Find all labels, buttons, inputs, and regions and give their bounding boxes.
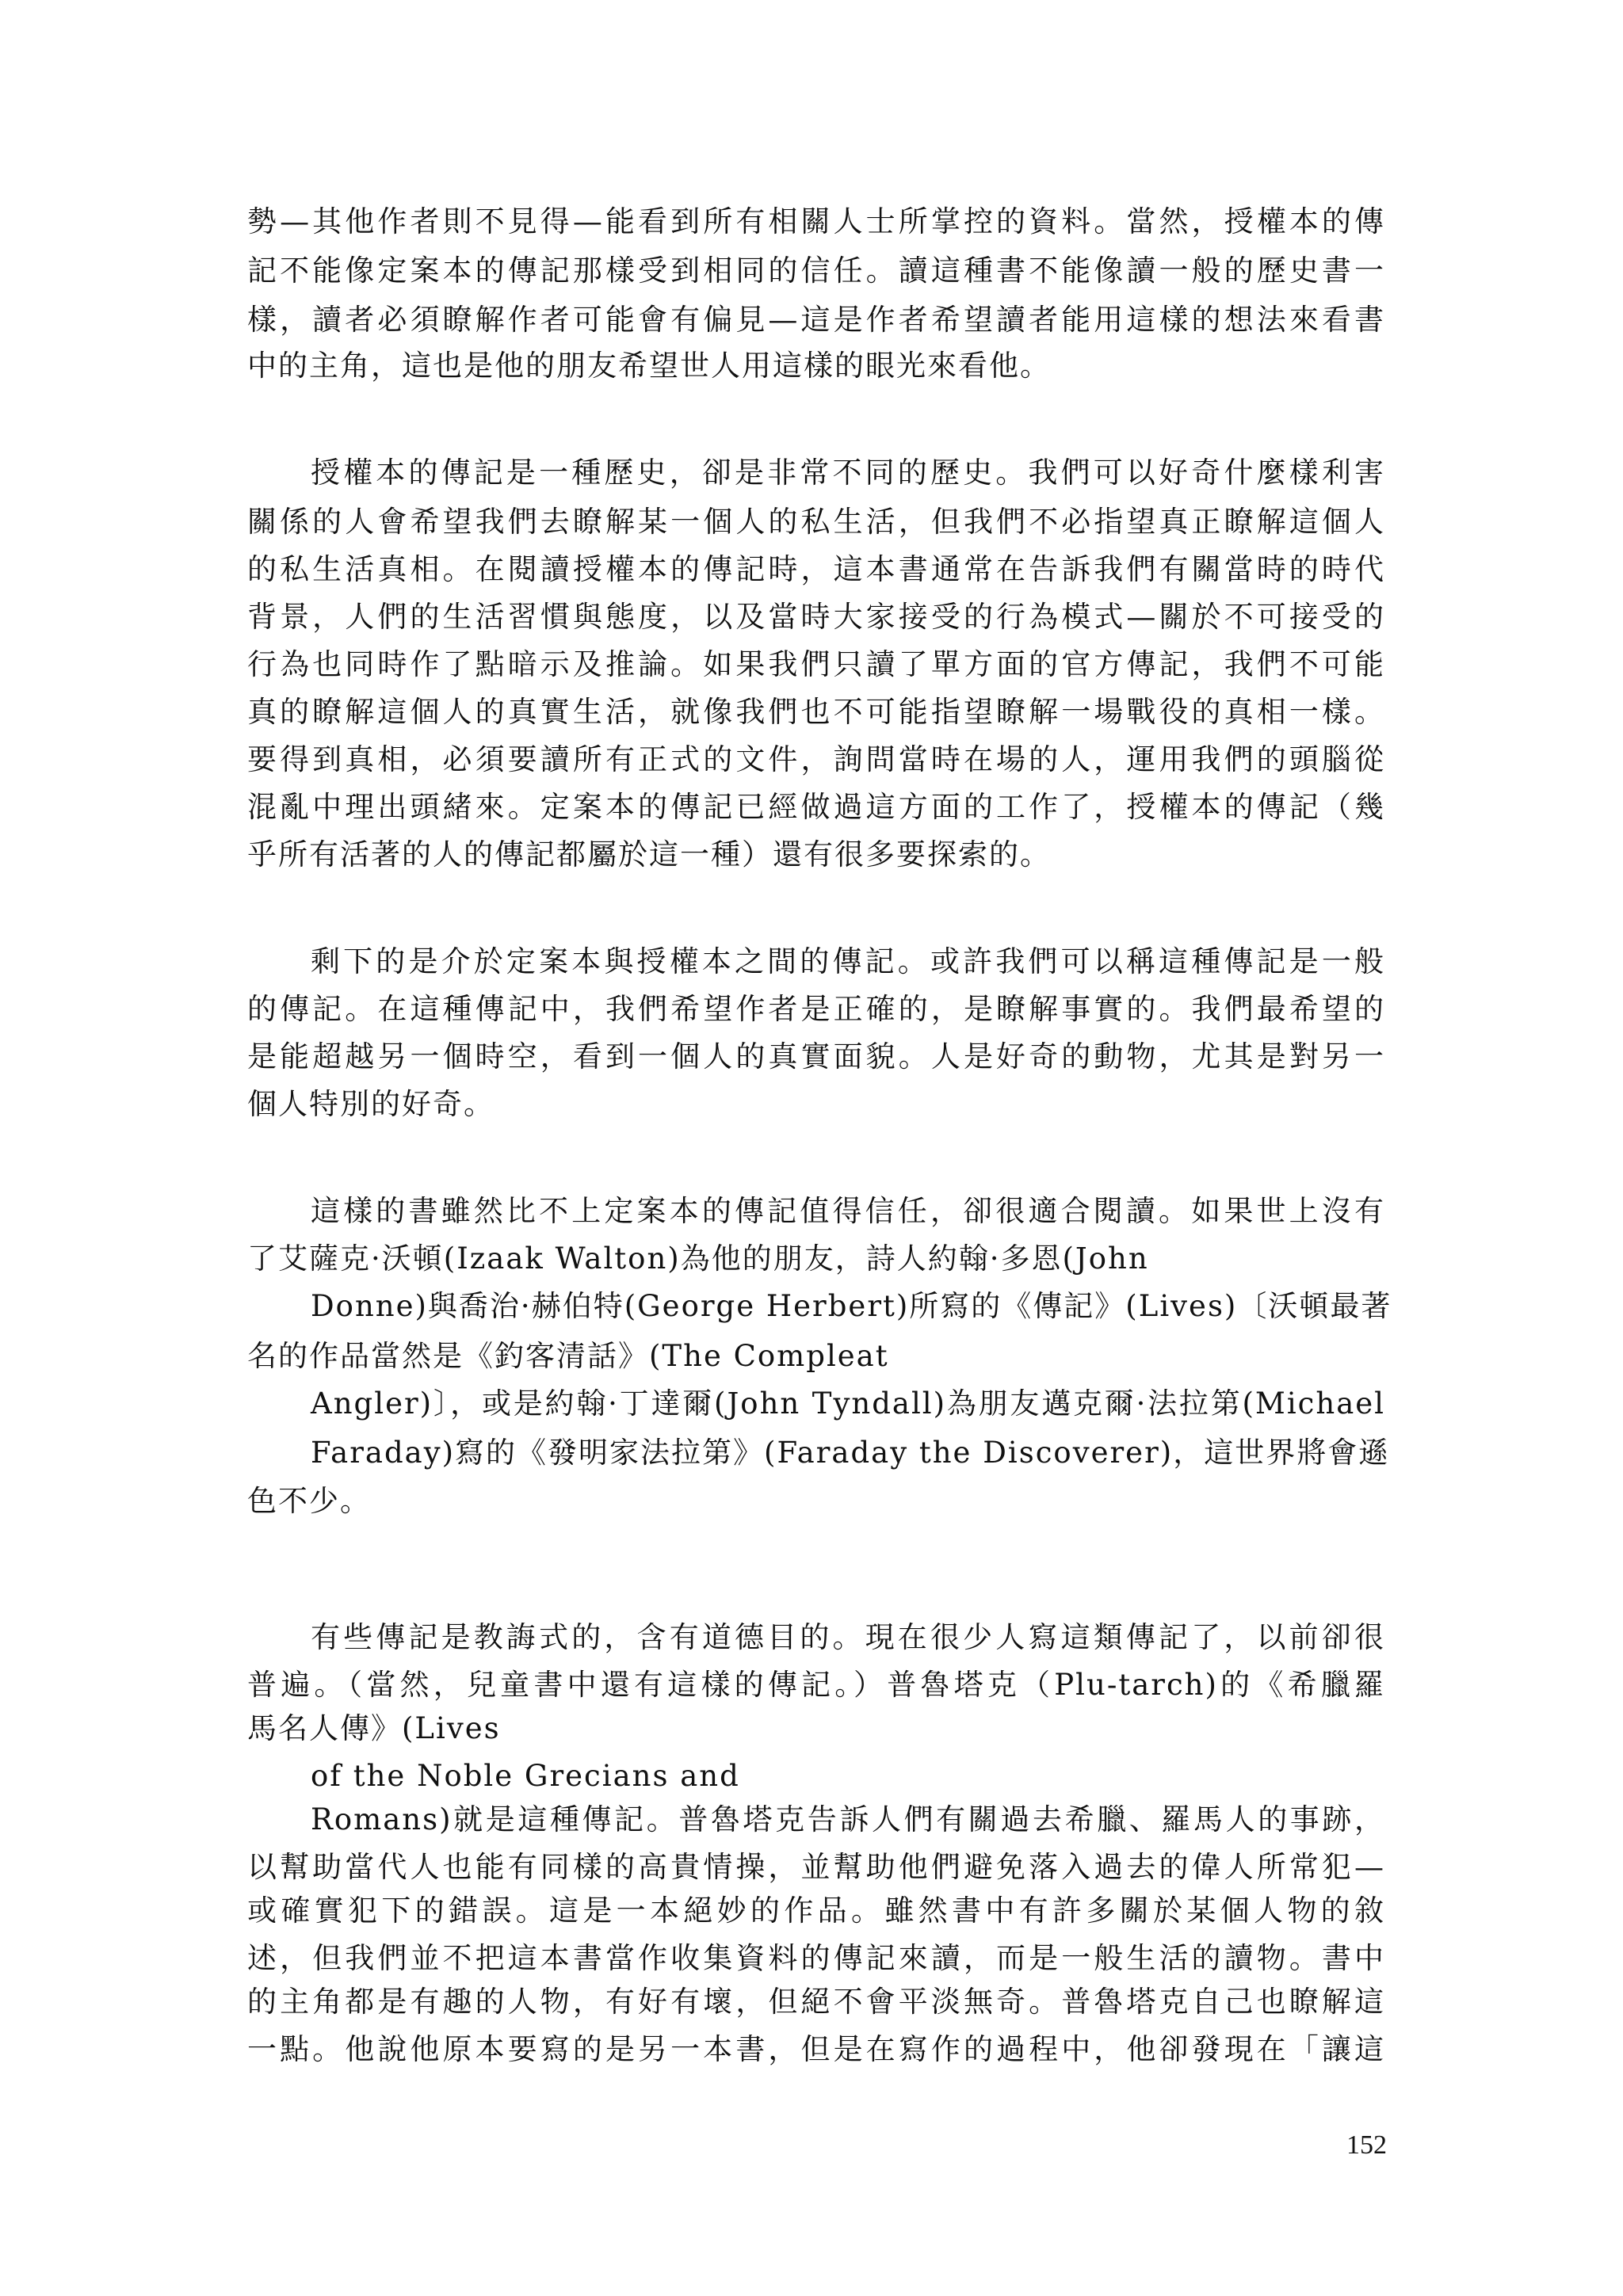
text-line: 混亂中理出頭緒來。定案本的傳記已經做過這方面的工作了，授權本的傳記（幾 (247, 790, 1385, 825)
text-line: 述，但我們並不把這本書當作收集資料的傳記來讀，而是一般生活的讀物。書中 (247, 1941, 1385, 1976)
text-line: 乎所有活著的人的傳記都屬於這一種）還有很多要探索的。 (247, 837, 1385, 872)
text-line: 關係的人會希望我們去瞭解某一個人的私生活，但我們不必指望真正瞭解這個人 (247, 505, 1385, 540)
text-line: 普遍。（當然，兒童書中還有這樣的傳記。）普魯塔克（Plu-tarch)的《希臘羅 (247, 1668, 1385, 1703)
text-line: 一點。他說他原本要寫的是另一本書，但是在寫作的過程中，他卻發現在「讓這 (247, 2032, 1385, 2067)
text-line: 行為也同時作了點暗示及推論。如果我們只讀了單方面的官方傳記，我們不可能 (247, 647, 1385, 682)
text-line: 是能超越另一個時空，看到一個人的真實面貌。人是好奇的動物，尤其是對另一 (247, 1039, 1385, 1074)
text-line: 真的瞭解這個人的真實生活，就像我們也不可能指望瞭解一場戰役的真相一樣。 (247, 695, 1385, 730)
text-line: 的傳記。在這種傳記中，我們希望作者是正確的，是瞭解事實的。我們最希望的 (247, 992, 1385, 1027)
text-line: 的私生活真相。在閱讀授權本的傳記時，這本書通常在告訴我們有關當時的時代 (247, 552, 1385, 587)
text-line: 或確實犯下的錯誤。這是一本絕妙的作品。雖然書中有許多關於某個人物的敘 (247, 1894, 1385, 1928)
text-line: 中的主角，這也是他的朋友希望世人用這樣的眼光來看他。 (247, 349, 1385, 383)
text-line: 樣，讀者必須瞭解作者可能會有偏見—這是作者希望讀者能用這樣的想法來看書 (247, 303, 1385, 338)
text-line: 了艾薩克·沃頓(Izaak Walton)為他的朋友，詩人約翰·多恩(John (247, 1241, 1385, 1276)
text-line: Romans)就是這種傳記。普魯塔克告訴人們有關過去希臘、羅馬人的事跡， (311, 1802, 1385, 1837)
text-line: 要得到真相，必須要讀所有正式的文件，詢問當時在場的人，運用我們的頭腦從 (247, 742, 1385, 777)
text-line: 背景，人們的生活習慣與態度，以及當時大家接受的行為模式—關於不可接受的 (247, 600, 1385, 635)
text-line: 色不少。 (247, 1484, 1385, 1519)
text-line: of the Noble Grecians and (311, 1759, 1385, 1794)
text-line: 馬名人傳》(Lives (247, 1711, 1385, 1746)
text-line: 這樣的書雖然比不上定案本的傳記值得信任，卻很適合閱讀。如果世上沒有 (311, 1194, 1385, 1229)
text-line: Donne)與喬治·赫伯特(George Herbert)所寫的《傳記》(Liv… (311, 1289, 1385, 1324)
text-line: 以幫助當代人也能有同樣的高貴情操，並幫助他們避免落入過去的偉人所常犯— (247, 1850, 1385, 1885)
text-line: 剩下的是介於定案本與授權本之間的傳記。或許我們可以稱這種傳記是一般 (311, 944, 1385, 979)
text-line: Angler)〕，或是約翰·丁達爾(John Tyndall)為朋友邁克爾·法拉… (311, 1386, 1385, 1421)
text-line: 個人特別的好奇。 (247, 1087, 1385, 1122)
text-line: 有些傳記是教誨式的，含有道德目的。現在很少人寫這類傳記了，以前卻很 (311, 1620, 1385, 1655)
page-number: 152 (1331, 2130, 1387, 2161)
text-line: 名的作品當然是《釣客清話》(The Compleat (247, 1339, 1385, 1374)
text-line: 勢—其他作者則不見得—能看到所有相關人士所掌控的資料。當然，授權本的傳 (247, 204, 1385, 239)
document-page: 勢—其他作者則不見得—能看到所有相關人士所掌控的資料。當然，授權本的傳 記不能像… (0, 0, 1623, 2296)
text-line: 記不能像定案本的傳記那樣受到相同的信任。讀這種書不能像讀一般的歷史書一 (247, 254, 1385, 288)
text-line: Faraday)寫的《發明家法拉第》(Faraday the Discovere… (311, 1436, 1385, 1470)
text-line: 授權本的傳記是一種歷史，卻是非常不同的歷史。我們可以好奇什麼樣利害 (311, 456, 1385, 490)
text-line: 的主角都是有趣的人物，有好有壞，但絕不會平淡無奇。普魯塔克自己也瞭解這 (247, 1985, 1385, 2019)
